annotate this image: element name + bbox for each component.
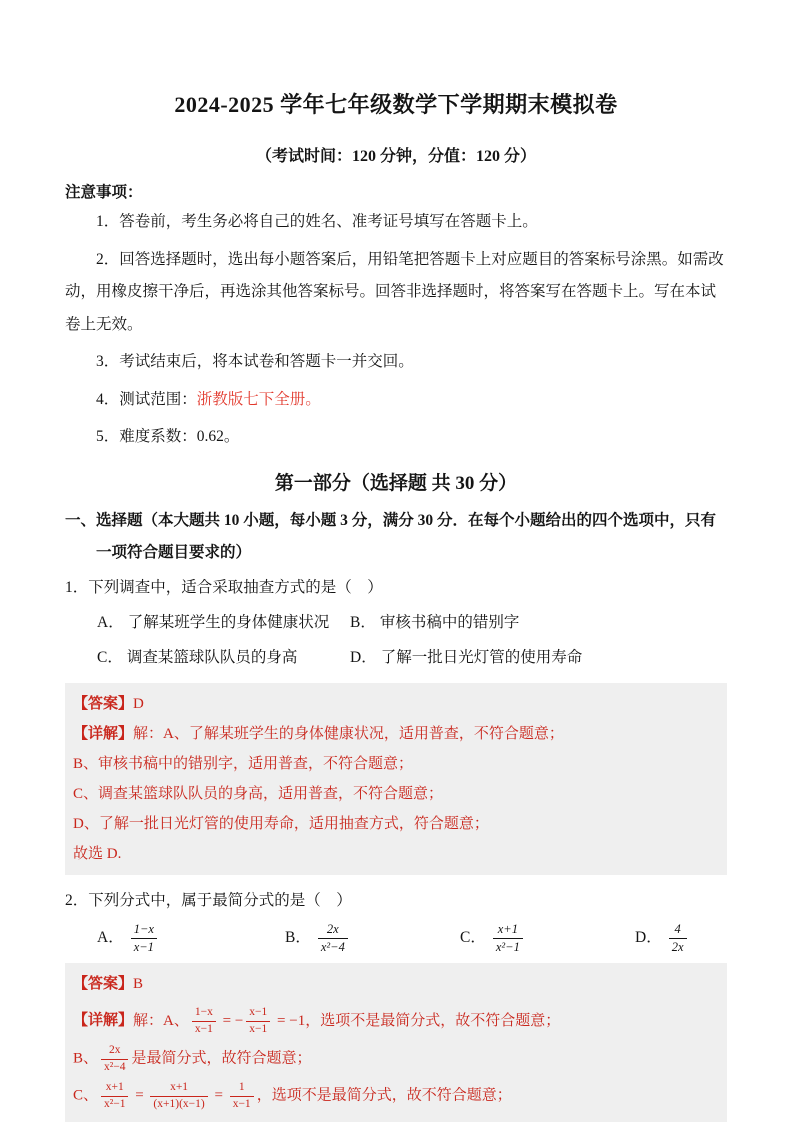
option-label: A． (97, 921, 124, 955)
question2-stem: 2．下列分式中，属于最简分式的是（ ） (65, 885, 727, 918)
fraction: 1−xx−1 (192, 1006, 216, 1037)
q2-option-b: B．2xx²−4 (285, 921, 460, 955)
option-label: B． (285, 921, 311, 955)
analysis-label: 【详解】 (73, 726, 133, 742)
notice-item-2: 2．回答选择题时，选出每小题答案后，用铅笔把答题卡上对应题目的答案标号涂黑。如需… (65, 244, 727, 342)
notice-item-3: 3．考试结束后，将本试卷和答题卡一并交回。 (65, 346, 727, 379)
option-text: 审核书稿中的错别字 (380, 614, 520, 631)
option-fraction: 1−xx−1 (128, 921, 160, 955)
part1-section-intro: 一、选择题（本大题共 10 小题，每小题 3 分，满分 30 分．在每个小题给出… (65, 505, 727, 570)
fraction: 42x (669, 922, 687, 955)
q1-option-c: C．调查某篮球队队员的身高 (97, 641, 350, 675)
fraction: x+1x²−1 (493, 922, 523, 955)
notice-text: 3．考试结束后，将本试卷和答题卡一并交回。 (96, 353, 414, 370)
answer-value: D (133, 696, 144, 712)
exam-subtitle: （考试时间：120 分钟，分值：120 分） (65, 143, 727, 166)
question2-number: 2． (65, 892, 88, 909)
notice-text: 2．回答选择题时，选出每小题答案后，用铅笔把答题卡上对应题目的答案标号涂黑。如需… (65, 251, 724, 333)
q2-analysis-line: 【详解】解：A、1−xx−1 = −x−1x−1 = −1，选项不是最简分式，故… (73, 1006, 719, 1037)
part1-heading: 第一部分（选择题 共 30 分） (65, 468, 727, 495)
analysis-label: 【详解】 (73, 1013, 133, 1029)
fraction: x+1x²−1 (101, 1081, 128, 1112)
question1-options-row2: C．调查某篮球队队员的身高 D．了解一批日光灯管的使用寿命 (97, 641, 727, 675)
q1-analysis-line: C、调查某篮球队队员的身高，适用普查，不符合题意； (73, 779, 719, 809)
question1-text: 下列调查中，适合采取抽查方式的是（ ） (88, 579, 383, 596)
q2-analysis-line: B、2xx²−4是最简分式，故符合题意； (73, 1044, 719, 1075)
exam-page: 2024-2025 学年七年级数学下学期期末模拟卷 （考试时间：120 分钟，分… (0, 0, 793, 1122)
option-label: B． (350, 614, 376, 631)
notice-text: 4．测试范围： (96, 391, 197, 408)
notice-text: 5．难度系数：0.62。 (96, 428, 239, 445)
q1-analysis-line: D、了解一批日光灯管的使用寿命，适用抽查方式，符合题意； (73, 809, 719, 839)
q1-answer-box: 【答案】D 【详解】解：A、了解某班学生的身体健康状况，适用普查，不符合题意； … (65, 683, 727, 875)
option-label: C． (460, 921, 486, 955)
notice-scope-highlight: 浙教版七下全册。 (197, 391, 321, 408)
analysis-text: 解：A、了解某班学生的身体健康状况，适用普查，不符合题意； (133, 726, 564, 742)
fraction: 1−xx−1 (131, 922, 157, 955)
q2-option-d: D．42x (635, 921, 690, 955)
exam-title: 2024-2025 学年七年级数学下学期期末模拟卷 (65, 88, 727, 119)
fraction: x−1x−1 (246, 1006, 270, 1037)
notice-item-4: 4．测试范围：浙教版七下全册。 (65, 384, 727, 417)
answer-label: 【答案】 (73, 696, 133, 712)
q1-analysis-line: 【详解】解：A、了解某班学生的身体健康状况，适用普查，不符合题意； (73, 719, 719, 749)
question1-stem: 1．下列调查中，适合采取抽查方式的是（ ） (65, 572, 727, 605)
question2-options: A．1−xx−1 B．2xx²−4 C．x+1x²−1 D．42x (97, 921, 727, 955)
q1-answer-line: 【答案】D (73, 689, 719, 719)
option-fraction: x+1x²−1 (490, 921, 526, 955)
option-text: 了解一批日光灯管的使用寿命 (381, 649, 583, 666)
notice-item-1: 1．答卷前，考生务必将自己的姓名、准考证号填写在答题卡上。 (65, 206, 727, 239)
option-label: A． (97, 614, 124, 631)
option-label: D． (635, 921, 662, 955)
option-label: C． (97, 649, 123, 666)
answer-label: 【答案】 (73, 976, 133, 992)
option-fraction: 42x (666, 921, 690, 955)
notice-item-5: 5．难度系数：0.62。 (65, 421, 727, 454)
fraction: 2xx²−4 (318, 922, 348, 955)
notice-text: 1．答卷前，考生务必将自己的姓名、准考证号填写在答题卡上。 (96, 213, 538, 230)
q2-option-a: A．1−xx−1 (97, 921, 285, 955)
analysis-rich-text: 解：A、1−xx−1 = −x−1x−1 = −1，选项不是最简分式，故不符合题… (133, 1013, 560, 1029)
option-fraction: 2xx²−4 (315, 921, 351, 955)
q1-analysis-line: B、审核书稿中的错别字，适用普查，不符合题意； (73, 749, 719, 779)
q2-analysis-line: C、x+1x²−1 = x+1(x+1)(x−1) = 1x−1，选项不是最简分… (73, 1081, 719, 1112)
q1-option-a: A．了解某班学生的身体健康状况 (97, 606, 350, 640)
q1-option-d: D．了解一批日光灯管的使用寿命 (350, 641, 582, 675)
fraction: 2xx²−4 (101, 1044, 128, 1075)
option-label: D． (350, 649, 377, 666)
q2-answer-box: 【答案】B 【详解】解：A、1−xx−1 = −x−1x−1 = −1，选项不是… (65, 963, 727, 1122)
answer-value: B (133, 976, 143, 992)
q2-option-c: C．x+1x²−1 (460, 921, 635, 955)
option-text: 调查某篮球队队员的身高 (127, 649, 298, 666)
option-text: 了解某班学生的身体健康状况 (128, 614, 330, 631)
q2-answer-line: 【答案】B (73, 969, 719, 999)
q1-option-b: B．审核书稿中的错别字 (350, 606, 519, 640)
fraction: x+1(x+1)(x−1) (150, 1081, 207, 1112)
fraction: 1x−1 (230, 1081, 254, 1112)
question1-number: 1． (65, 579, 88, 596)
question2-text: 下列分式中，属于最简分式的是（ ） (88, 892, 352, 909)
notices-heading: 注意事项： (65, 180, 727, 202)
q1-conclusion-line: 故选 D. (73, 839, 719, 869)
question1-options-row1: A．了解某班学生的身体健康状况 B．审核书稿中的错别字 (97, 606, 727, 640)
